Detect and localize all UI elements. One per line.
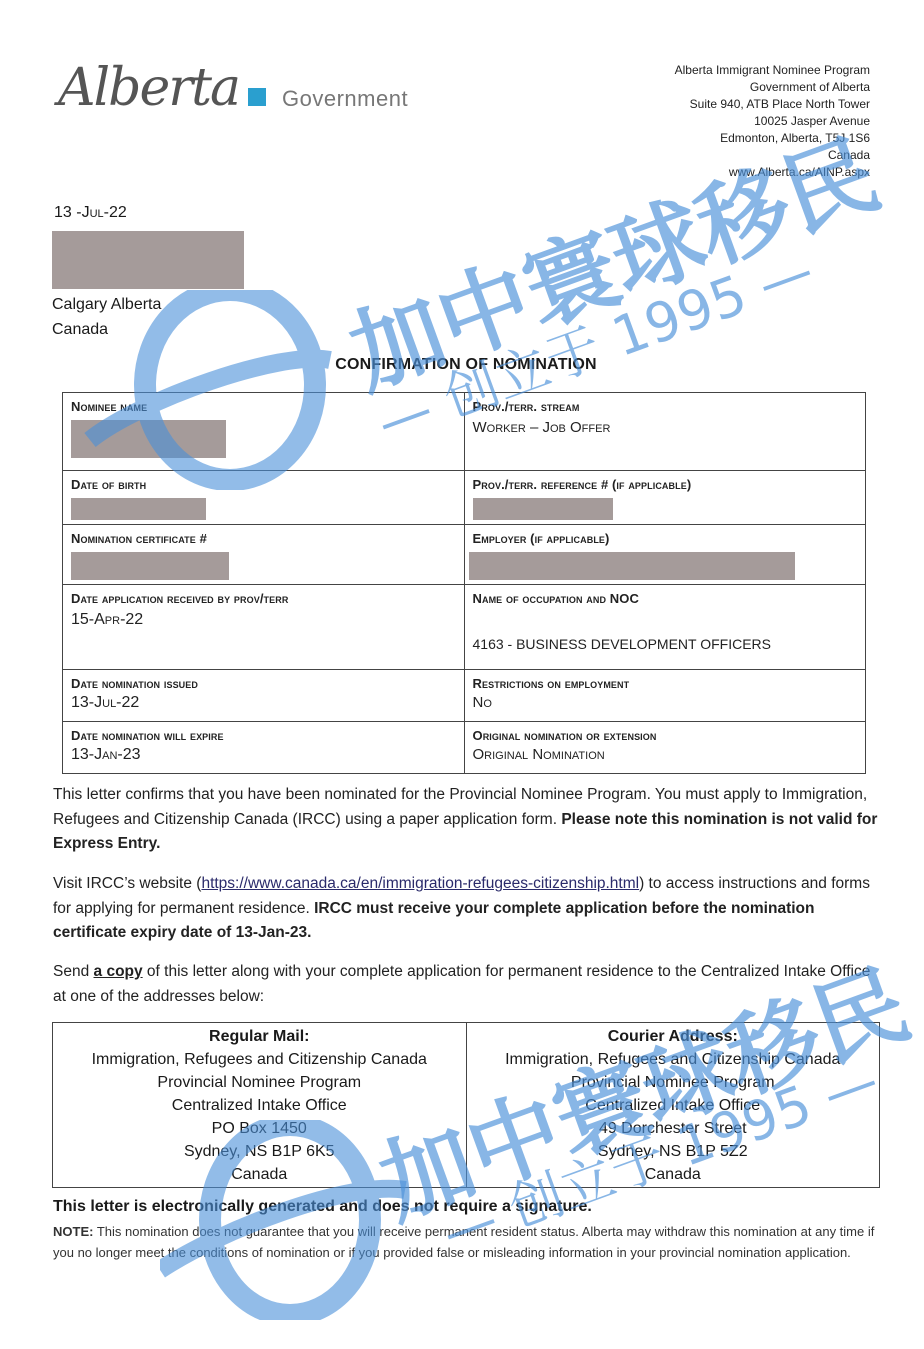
certificate-cell: Nomination certificate # [63, 525, 465, 585]
alberta-government-logo: Alberta Government [58, 58, 428, 158]
reference-cell: Prov./terr. reference # (if applicable) [464, 471, 866, 525]
logo-government-text: Government [282, 86, 408, 112]
paragraph-text: Send [53, 963, 94, 980]
table-row: Date of birth Prov./terr. reference # (i… [63, 471, 866, 525]
address-line: Canada [57, 1163, 462, 1186]
field-label: Employer (if applicable) [473, 531, 858, 546]
recipient-country: Canada [52, 317, 161, 342]
address-line: Government of Alberta [675, 79, 870, 96]
occupation-cell: Name of occupation and NOC 4163 - BUSINE… [464, 585, 866, 670]
date-expire-value: 13-Jan-23 [71, 746, 456, 764]
recipient-name-redacted [52, 231, 244, 289]
courier-address-heading: Courier Address: [471, 1025, 876, 1048]
date-issued-value: 13-Jul-22 [71, 694, 456, 712]
certificate-redacted [71, 552, 229, 580]
date-received-cell: Date application received by prov/terr 1… [63, 585, 465, 670]
field-label: Prov./terr. stream [473, 399, 858, 414]
field-label: Original nomination or extension [473, 728, 858, 743]
address-line: Immigration, Refugees and Citizenship Ca… [471, 1048, 876, 1071]
ircc-website-link[interactable]: https://www.canada.ca/en/immigration-ref… [201, 875, 639, 892]
address-line: Edmonton, Alberta, T5J 1S6 [675, 130, 870, 147]
table-row: Date nomination issued 13-Jul-22 Restric… [63, 670, 866, 722]
field-label: Prov./terr. reference # (if applicable) [473, 477, 858, 492]
address-line: Canada [471, 1163, 876, 1186]
stream-value: Worker – Job Offer [473, 419, 858, 436]
recipient-address: Calgary Alberta Canada [52, 292, 161, 342]
dob-cell: Date of birth [63, 471, 465, 525]
field-label: Name of occupation and NOC [473, 591, 858, 606]
address-line: Sydney, NS B1P 5Z2 [471, 1140, 876, 1163]
address-line: Suite 940, ATB Place North Tower [675, 96, 870, 113]
field-label: Nominee name [71, 399, 456, 414]
field-label: Date nomination will expire [71, 728, 456, 743]
recipient-city: Calgary Alberta [52, 292, 161, 317]
original-extension-value: Original Nomination [473, 746, 858, 763]
table-row: Regular Mail: Immigration, Refugees and … [53, 1023, 880, 1188]
regular-mail-cell: Regular Mail: Immigration, Refugees and … [53, 1023, 467, 1188]
employer-redacted [469, 552, 795, 580]
letter-date: 13 -Jul-22 [54, 204, 127, 222]
table-row: Date application received by prov/terr 1… [63, 585, 866, 670]
note-text: This nomination does not guarantee that … [53, 1224, 874, 1260]
paragraph-confirmation: This letter confirms that you have been … [53, 783, 883, 857]
field-label: Date application received by prov/terr [71, 591, 456, 606]
employer-cell: Employer (if applicable) [464, 525, 866, 585]
original-extension-cell: Original nomination or extension Origina… [464, 722, 866, 774]
restrictions-value: No [473, 694, 858, 711]
stream-cell: Prov./terr. stream Worker – Job Offer [464, 393, 866, 471]
date-expire-cell: Date nomination will expire 13-Jan-23 [63, 722, 465, 774]
field-label: Restrictions on employment [473, 676, 858, 691]
address-line: Centralized Intake Office [471, 1094, 876, 1117]
field-label: Date nomination issued [71, 676, 456, 691]
address-line: Provincial Nominee Program [471, 1071, 876, 1094]
logo-square-icon [248, 88, 266, 106]
address-line: 10025 Jasper Avenue [675, 113, 870, 130]
courier-address-cell: Courier Address: Immigration, Refugees a… [466, 1023, 880, 1188]
address-line: 49 Dorchester Street [471, 1117, 876, 1140]
address-line: PO Box 1450 [57, 1117, 462, 1140]
logo-script: Alberta [58, 58, 239, 118]
date-issued-cell: Date nomination issued 13-Jul-22 [63, 670, 465, 722]
signature-note: This letter is electronically generated … [53, 1198, 592, 1216]
address-line: Alberta Immigrant Nominee Program [675, 62, 870, 79]
address-website: www.Alberta.ca/AINP.aspx [675, 164, 870, 181]
sender-address: Alberta Immigrant Nominee Program Govern… [675, 62, 870, 181]
date-received-value: 15-Apr-22 [71, 611, 456, 629]
paragraph-ircc-website: Visit IRCC’s website (https://www.canada… [53, 872, 883, 946]
dob-redacted [71, 498, 206, 520]
paragraph-send-copy: Send a copy of this letter along with yo… [53, 960, 883, 1009]
disclaimer-note: NOTE: This nomination does not guarantee… [53, 1222, 883, 1263]
field-label: Date of birth [71, 477, 456, 492]
table-row: Date nomination will expire 13-Jan-23 Or… [63, 722, 866, 774]
nominee-name-redacted [71, 420, 226, 458]
paragraph-text: of this letter along with your complete … [53, 963, 870, 1005]
field-label: Nomination certificate # [71, 531, 456, 546]
address-line: Immigration, Refugees and Citizenship Ca… [57, 1048, 462, 1071]
restrictions-cell: Restrictions on employment No [464, 670, 866, 722]
document-title: CONFIRMATION OF NOMINATION [0, 356, 924, 374]
regular-mail-heading: Regular Mail: [57, 1025, 462, 1048]
note-label: NOTE: [53, 1224, 93, 1239]
address-line: Canada [675, 147, 870, 164]
address-line: Centralized Intake Office [57, 1094, 462, 1117]
nominee-name-cell: Nominee name [63, 393, 465, 471]
occupation-value: 4163 - BUSINESS DEVELOPMENT OFFICERS [473, 636, 858, 652]
a-copy-emphasis: a copy [94, 963, 143, 980]
mailing-addresses-table: Regular Mail: Immigration, Refugees and … [52, 1022, 880, 1188]
address-line: Sydney, NS B1P 6K5 [57, 1140, 462, 1163]
nomination-details-table: Nominee name Prov./terr. stream Worker –… [62, 392, 866, 774]
table-row: Nomination certificate # Employer (if ap… [63, 525, 866, 585]
reference-redacted [473, 498, 613, 520]
address-line: Provincial Nominee Program [57, 1071, 462, 1094]
paragraph-text: Visit IRCC’s website ( [53, 875, 201, 892]
table-row: Nominee name Prov./terr. stream Worker –… [63, 393, 866, 471]
